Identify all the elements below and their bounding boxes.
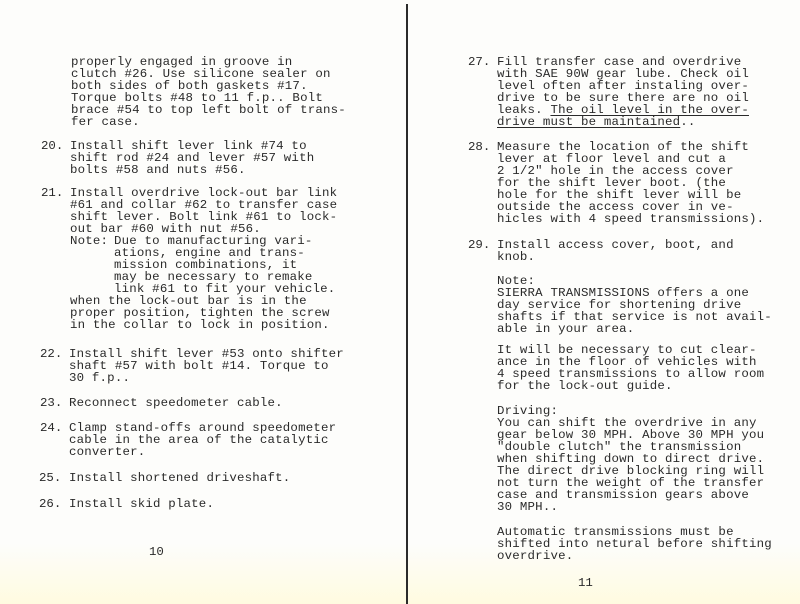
step-number: 26.: [39, 498, 61, 510]
step-number: 25.: [39, 472, 61, 484]
step-number: 23.: [40, 397, 62, 409]
step-number: 29.: [468, 239, 490, 251]
text-line: hicles with 4 speed transmissions).: [497, 213, 764, 225]
booklet-spread: properly engaged in groove in clutch #26…: [0, 0, 800, 604]
text-line: overdrive.: [497, 550, 573, 562]
text-line: in the collar to lock in position.: [70, 319, 330, 331]
text-line: bolts #58 and nuts #56.: [70, 164, 246, 176]
step-number: 20.: [41, 140, 63, 152]
note-label: Note:: [70, 235, 108, 247]
page-number: 11: [578, 577, 593, 589]
step-number: 21.: [41, 187, 63, 199]
step-number: 24.: [40, 422, 62, 434]
step-number: 28.: [468, 141, 490, 153]
text-line: Reconnect speedometer cable.: [69, 397, 283, 409]
step-number: 27.: [468, 56, 490, 68]
left-page: properly engaged in groove in clutch #26…: [0, 0, 405, 604]
page-number: 10: [149, 546, 164, 558]
text-line: fer case.: [71, 116, 140, 128]
text-line: able in your area.: [497, 323, 634, 335]
right-page: 27. Fill transfer case and overdrive wit…: [408, 0, 800, 604]
text-line: 30 f.p..: [69, 372, 130, 384]
text-span: ..: [680, 115, 695, 129]
text-line: 30 MPH..: [497, 501, 558, 513]
text-line: Install skid plate.: [69, 498, 214, 510]
text-line: converter.: [69, 446, 145, 458]
underlined-warning: drive must be maintained: [497, 115, 680, 129]
text-line: drive must be maintained..: [497, 116, 696, 128]
text-line: for the lock-out guide.: [497, 380, 673, 392]
text-line: Install shortened driveshaft.: [69, 472, 290, 484]
text-line: knob.: [497, 251, 535, 263]
step-number: 22.: [40, 348, 62, 360]
